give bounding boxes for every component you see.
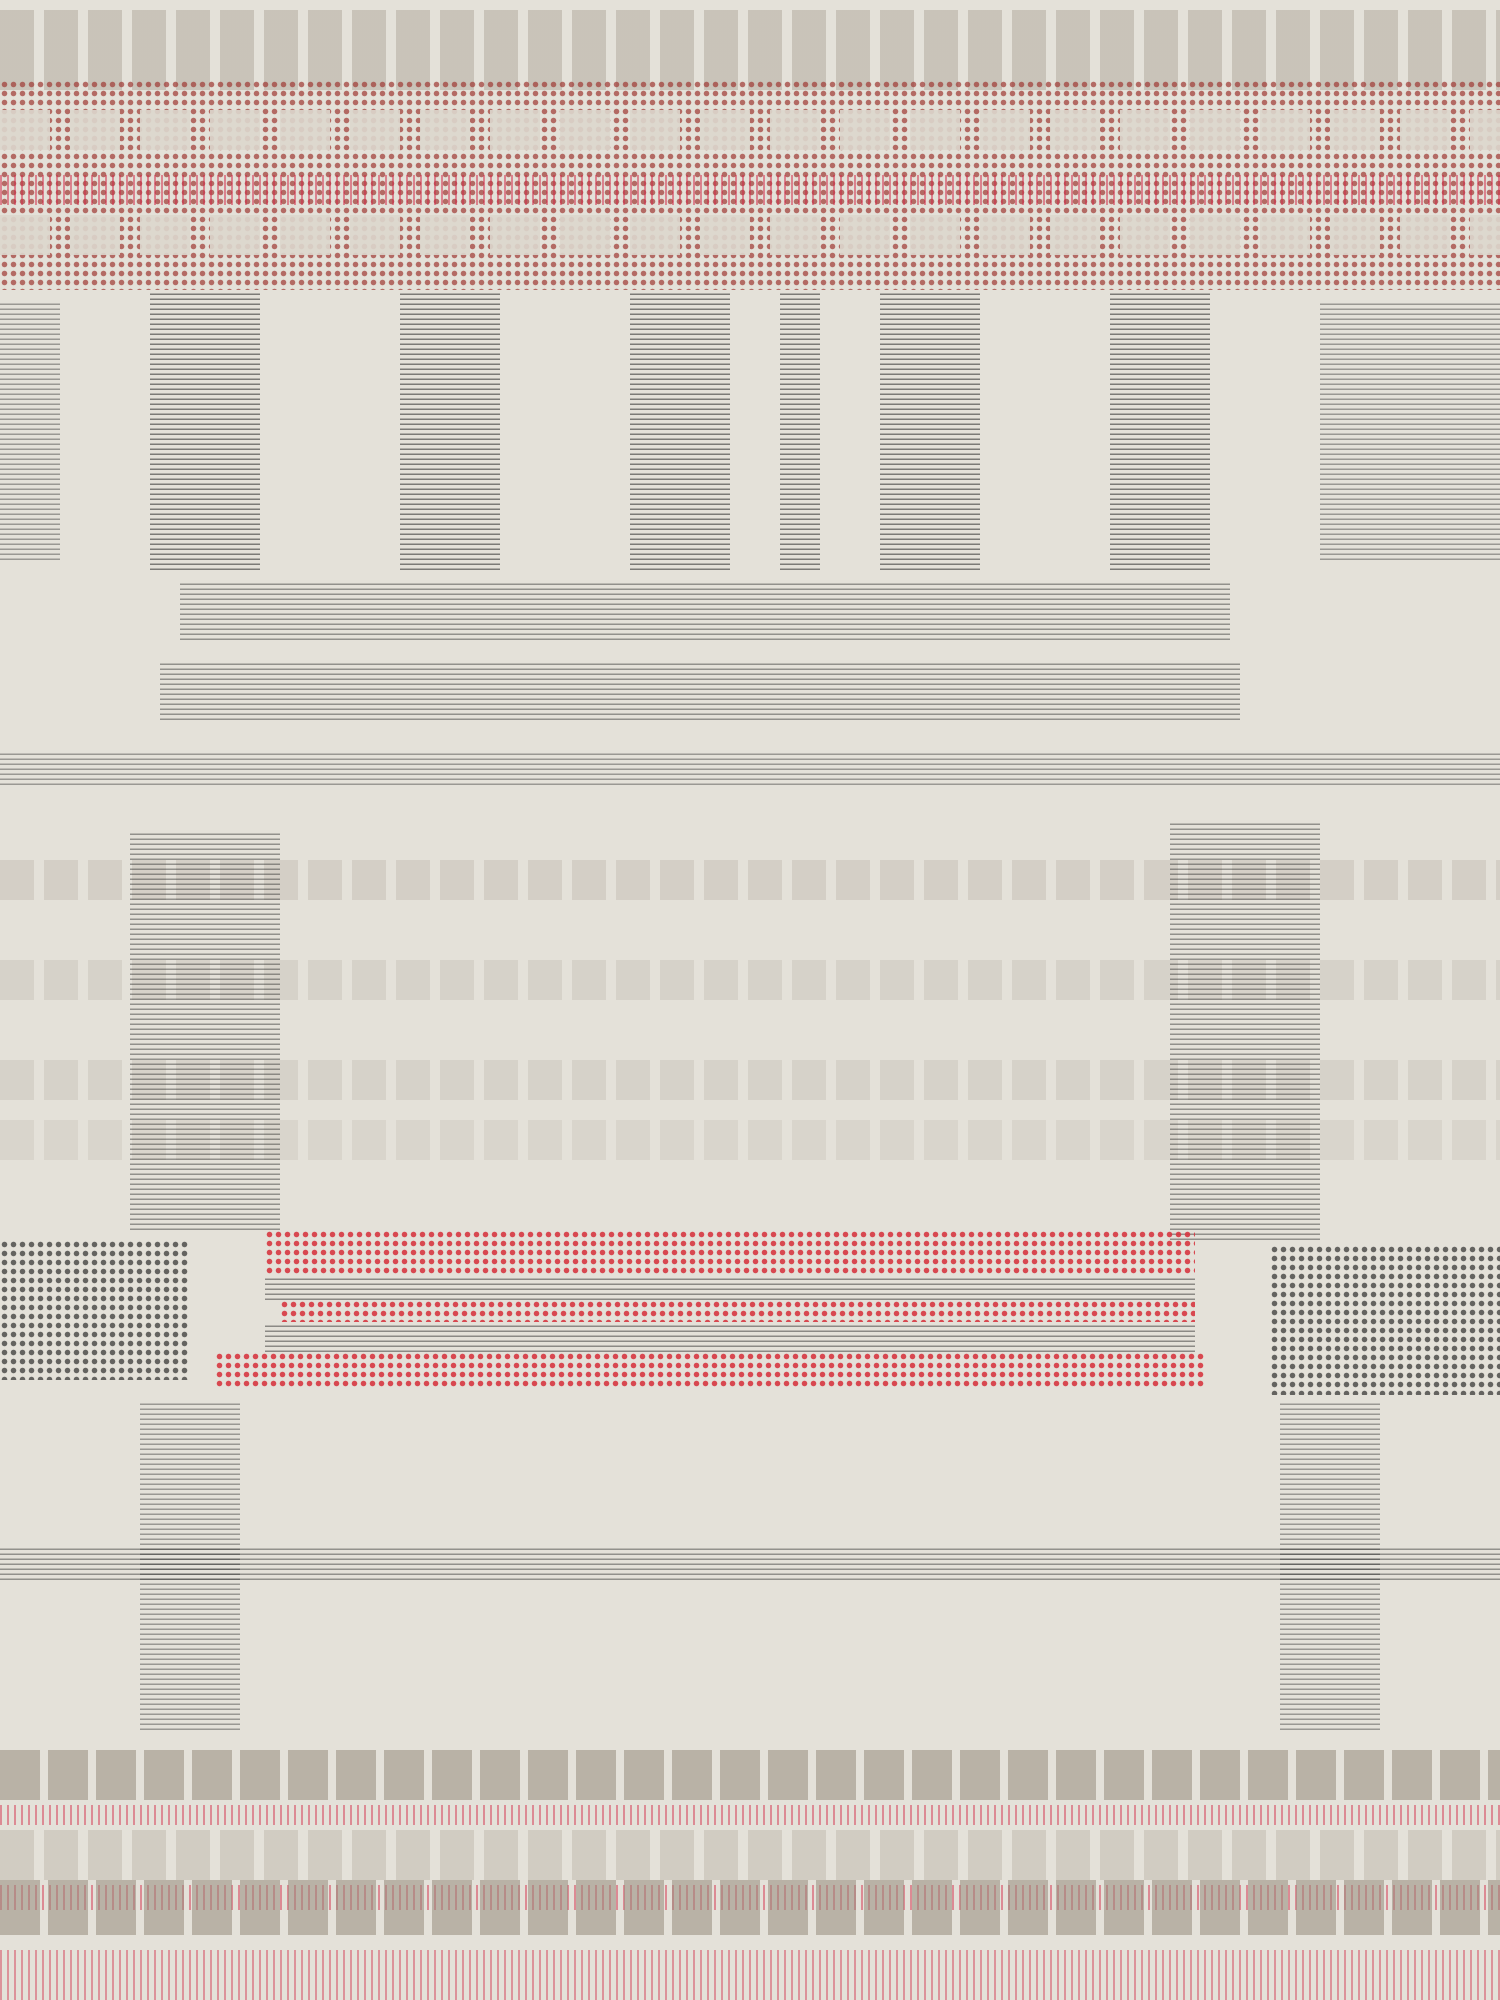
red-stipple-mid-line [280, 1300, 1195, 1322]
black-stipple-right [1270, 1245, 1500, 1395]
hatch-pillar-right [1170, 820, 1320, 1240]
hatch-pillar-left [130, 830, 280, 1230]
hatch-column-6 [1110, 290, 1210, 570]
red-stipple-top-line [265, 1230, 1195, 1275]
hatch-column-4 [780, 290, 820, 570]
band-teeth-row-2 [0, 215, 1500, 255]
bottom-red-hatch-3 [0, 1950, 1500, 2000]
bottom-red-hatch-1 [0, 1805, 1500, 1825]
hatch-right-edge [1320, 300, 1500, 560]
band-teeth-row-1 [0, 110, 1500, 150]
bottom-teeth-row-1 [0, 1750, 1500, 1800]
hatch-column-2 [400, 290, 500, 570]
bottom-teeth-row-3 [0, 1880, 1500, 1935]
top-teeth-row-1 [0, 10, 1500, 50]
red-vertical-hatch-strip [0, 175, 1500, 205]
bottom-teeth-row-2 [0, 1830, 1500, 1880]
red-stipple-bottom-line [215, 1352, 1205, 1387]
hatch-between-red-1 [265, 1275, 1195, 1300]
black-stipple-left [0, 1240, 190, 1380]
hatch-lower-row [0, 1545, 1500, 1580]
hatch-row-2 [160, 660, 1240, 720]
hatch-column-5 [880, 290, 980, 570]
hatch-left-edge [0, 300, 60, 560]
hatch-row-3 [0, 750, 1500, 785]
hatch-row-1 [180, 580, 1230, 640]
hatch-between-red-2 [265, 1322, 1195, 1352]
hatch-column-1 [150, 290, 260, 570]
hatch-column-3 [630, 290, 730, 570]
